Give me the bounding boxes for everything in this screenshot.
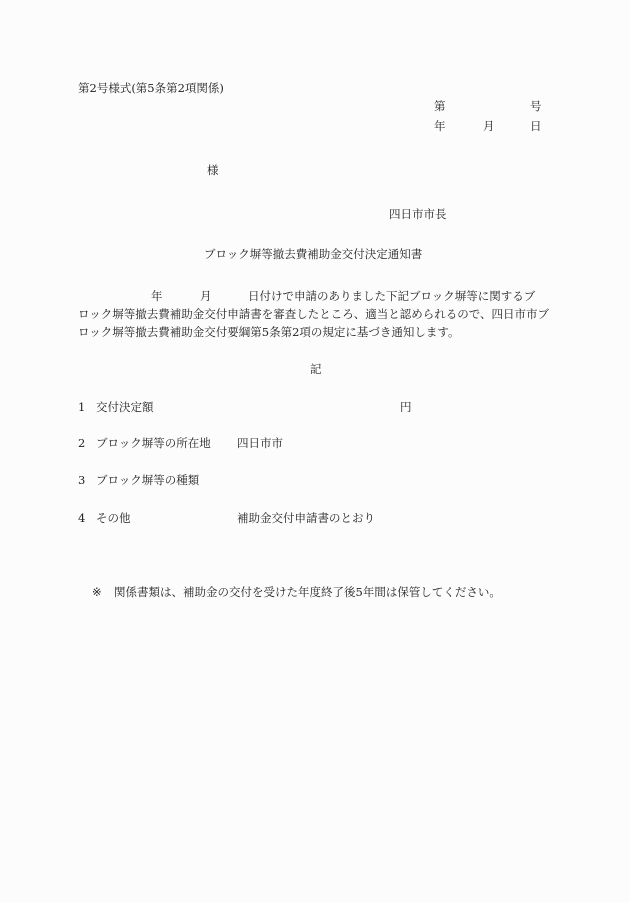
form-label: 第2号様式(第5条第2項関係) <box>78 81 224 95</box>
item-label: その他 <box>96 511 131 525</box>
item-value: 四日市市 <box>237 436 283 450</box>
item-label: ブロック塀等の所在地 <box>96 436 211 450</box>
doc-number-suffix: 号 <box>530 99 542 113</box>
item-label: 交付決定額 <box>96 400 154 414</box>
date-day-label: 日 <box>530 119 542 133</box>
addressee-suffix: 様 <box>207 163 219 177</box>
item-unit-yen: 円 <box>400 400 412 414</box>
date-month-label: 月 <box>483 119 495 133</box>
item-label: ブロック塀等の種類 <box>96 473 199 487</box>
item-number: 2 <box>78 436 85 450</box>
document-title: ブロック塀等撤去費補助金交付決定通知書 <box>204 247 422 261</box>
item-number: 4 <box>78 511 85 525</box>
item-number: 3 <box>78 473 85 487</box>
item-number: 1 <box>78 400 85 414</box>
date-year-label: 年 <box>434 119 446 133</box>
doc-number-prefix: 第 <box>434 99 446 113</box>
item-value: 補助金交付申請書のとおり <box>237 511 375 525</box>
body-date-month: 月 <box>200 289 212 303</box>
body-line-2: ロック塀等撤去費補助金交付申請書を審査したところ、適当と認められるので、四日市市… <box>78 307 549 321</box>
issuer-name: 四日市市長 <box>389 207 447 221</box>
body-line-1: 日付けで申請のありました下記ブロック塀等に関するブ <box>248 289 535 303</box>
body-date-year: 年 <box>151 289 163 303</box>
body-line-3: ロック塀等撤去費補助金交付要綱第5条第2項の規定に基づき通知します。 <box>78 325 459 339</box>
reference-mark-icon: ※ <box>92 585 102 599</box>
ki-heading: 記 <box>310 362 322 376</box>
note-text: 関係書類は、補助金の交付を受けた年度終了後5年間は保管してください。 <box>114 585 501 599</box>
